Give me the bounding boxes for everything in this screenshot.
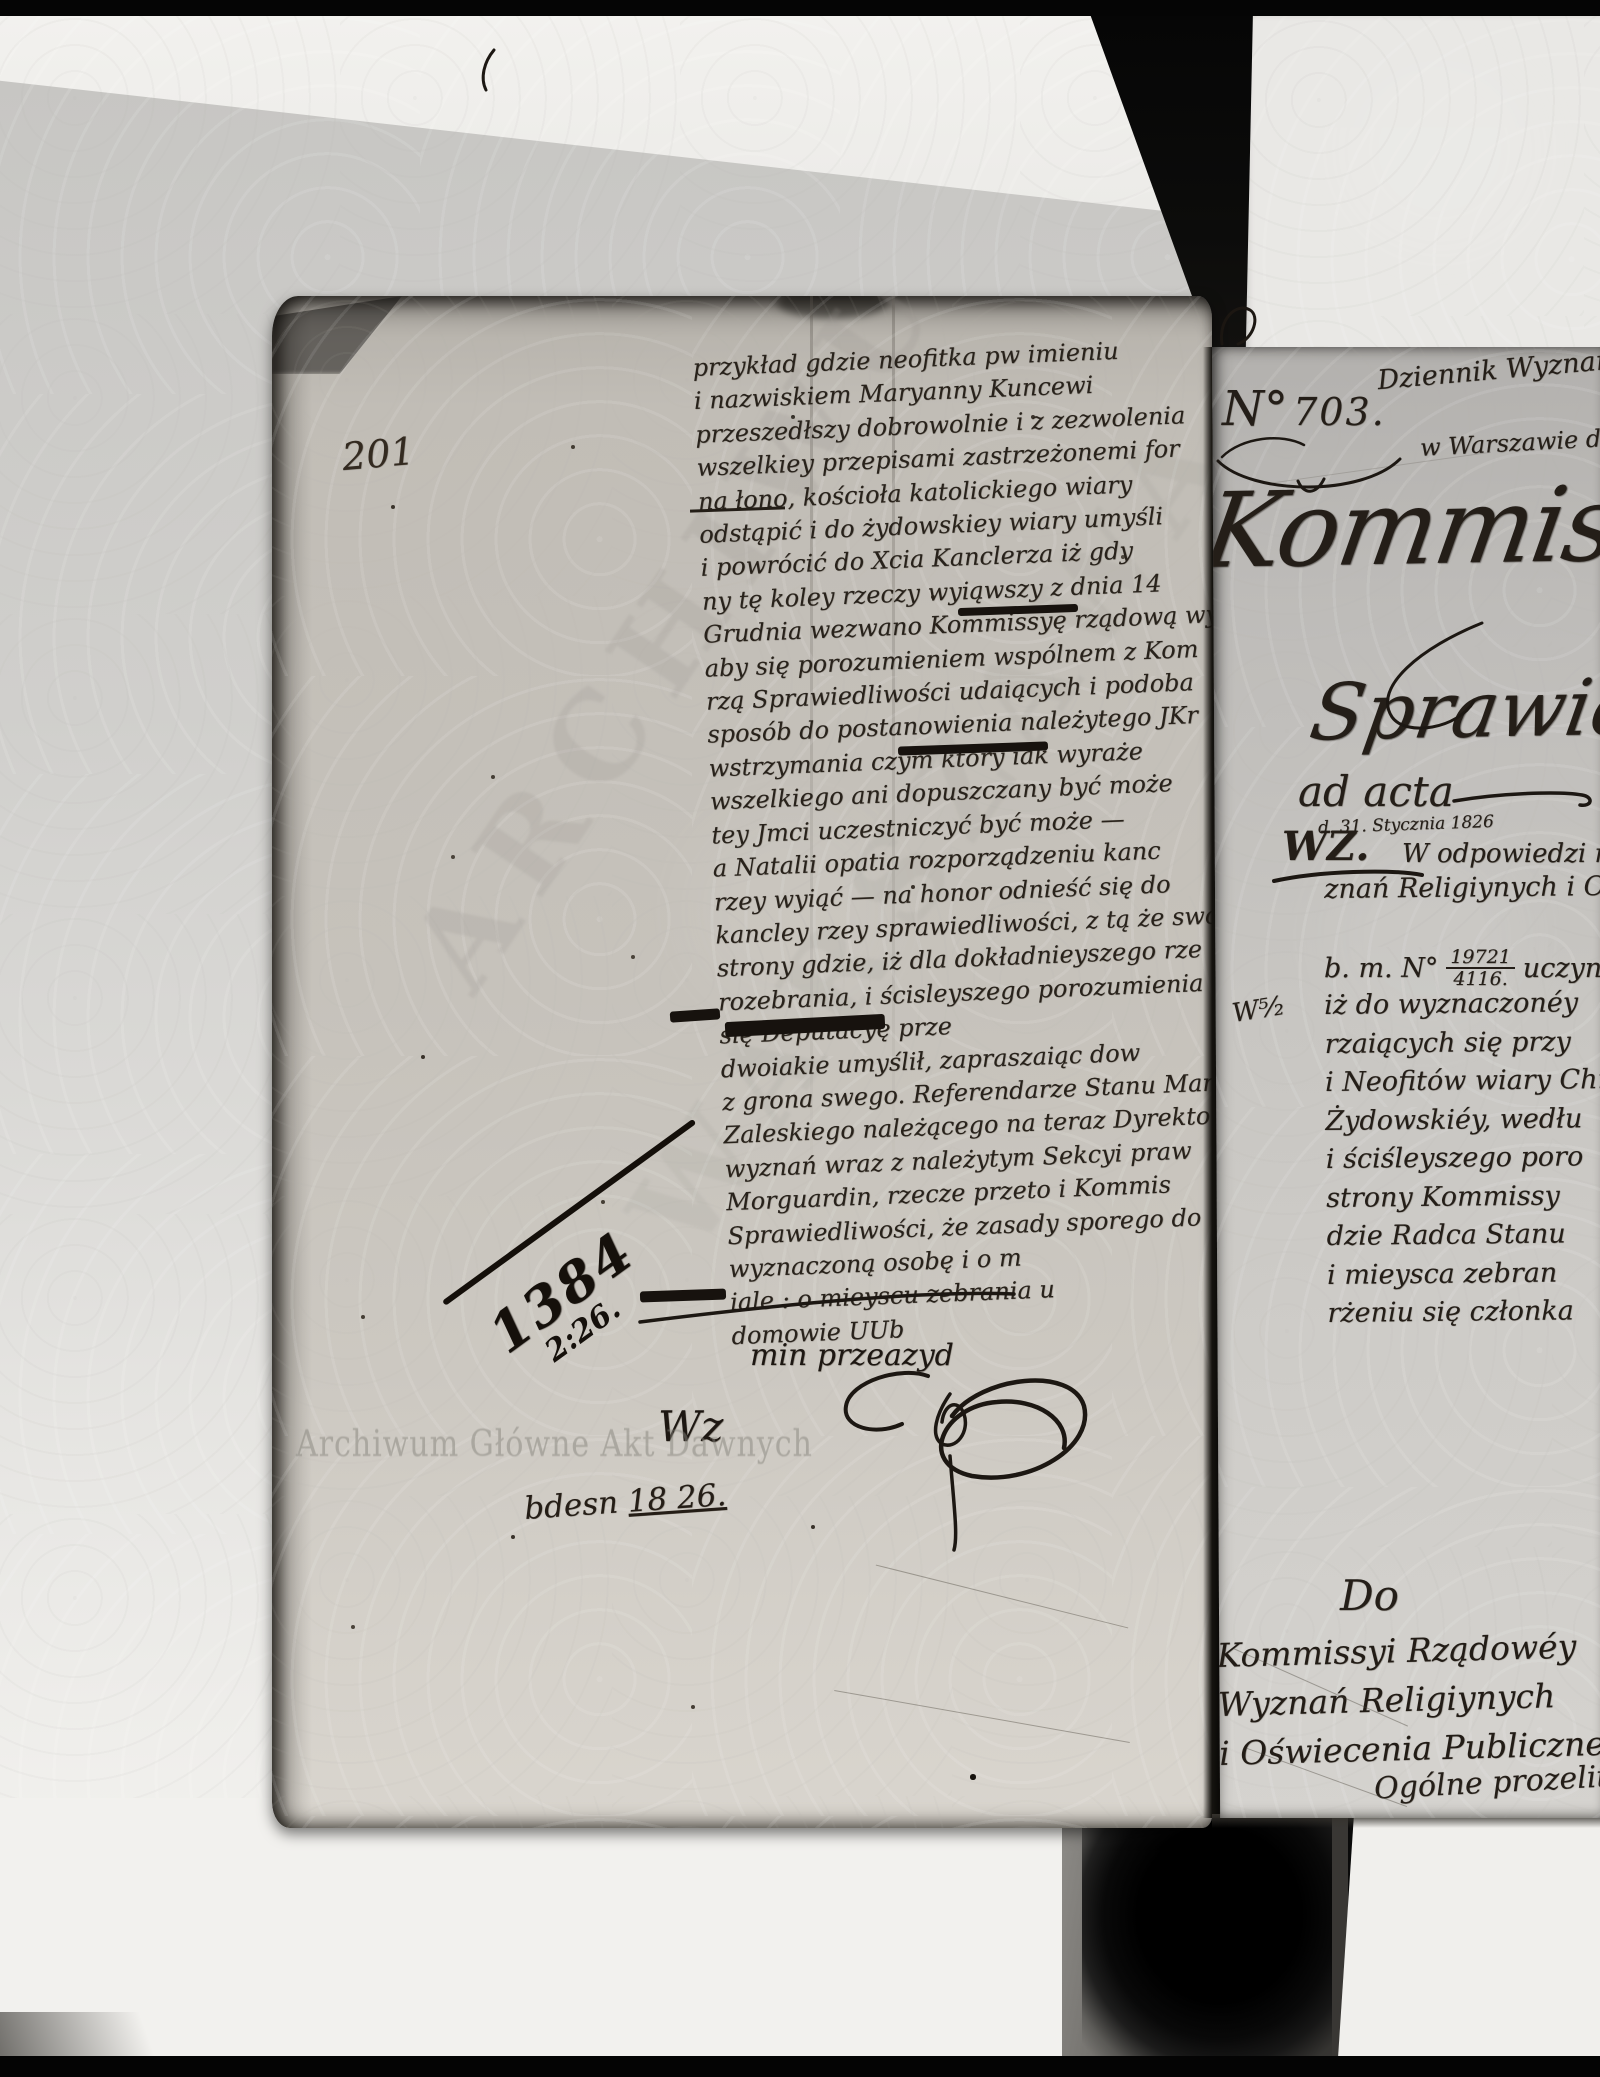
document-number: N° 703. <box>1222 381 1386 437</box>
right-manuscript-page: N° 703. Dziennik Wyznań w Warszawie d. K… <box>1212 347 1600 1818</box>
scratch-line <box>834 1690 1130 1743</box>
number-value: 703. <box>1293 390 1386 434</box>
margin-mark: W⁵⁄₂ <box>1230 991 1286 1029</box>
place-date-line: w Warszawie d. <box>1419 424 1600 462</box>
date-note: bdesn 18 26. <box>523 1477 727 1527</box>
film-scan: ARCHIWUM WARSZAWA 201 przykład gdzie neo… <box>0 0 1600 2077</box>
handwritten-text-block: przykład gdzie neofitka pw imieniui nazw… <box>692 328 1212 1353</box>
handwritten-line: rżeniu się członka <box>1327 1292 1600 1334</box>
handwritten-line: i ściśleyszego poro <box>1326 1138 1600 1180</box>
ad-acta-note: ad acta <box>1298 767 1454 816</box>
corner-shadow <box>0 2012 200 2062</box>
response-intro: W odpowiedzi na <box>1402 839 1600 869</box>
file-number-annotation: 1384 2:26. <box>477 1219 663 1390</box>
closing-word: min przeazyd <box>750 1338 954 1373</box>
fraction-numerator: 19721 <box>1446 947 1514 969</box>
paper-mottle-texture <box>1244 16 1600 350</box>
reference-post: uczyni <box>1523 953 1600 984</box>
number-prefix: N° <box>1222 381 1288 437</box>
title-flourish <box>1362 617 1502 747</box>
torn-corner <box>272 296 402 374</box>
underline-flourish <box>632 1282 1022 1328</box>
handwritten-line: znań Religiynych i O <box>1324 868 1600 909</box>
handwritten-line: Żydowskiéy, wedłu <box>1325 1099 1600 1141</box>
reference-fraction: 19721 4116. <box>1446 947 1514 989</box>
address-block: Kommissyi RządowéyWyznań Religiynychi Oś… <box>1216 1620 1600 1778</box>
handwritten-line: strony Kommissy <box>1326 1176 1600 1218</box>
blackout-mark <box>670 1008 721 1022</box>
film-edge-bottom <box>0 2056 1600 2077</box>
flourish-fragment <box>1216 300 1260 350</box>
archive-watermark-horizontal: Archiwum Główne Akt Dawnych <box>296 1424 813 1465</box>
handwritten-line: rzaiących się przy <box>1324 1022 1600 1064</box>
backing-sheet-top-right <box>1244 16 1600 350</box>
date-note-number: 18 26. <box>627 1477 728 1520</box>
scratch-line <box>876 1565 1129 1629</box>
page-number: 201 <box>340 429 416 479</box>
clerk-initials: WZ. <box>1282 823 1369 870</box>
journal-annotation: Dziennik Wyznań <box>1376 347 1600 396</box>
paper-specks <box>272 296 274 298</box>
handwritten-line: iż do wyznaczonéy <box>1324 984 1600 1026</box>
gap-shadow-bottom <box>1082 1796 1332 2062</box>
pen-mark <box>472 48 502 92</box>
title-kommissya: Kommissya <box>1212 460 1600 592</box>
left-manuscript-page: ARCHIWUM WARSZAWA 201 przykład gdzie neo… <box>272 296 1212 1828</box>
film-edge-top <box>0 0 1600 16</box>
backing-sheet-fold <box>0 14 1212 244</box>
body-text-block-b: iż do wyznaczonéyrzaiących się przyi Neo… <box>1324 984 1600 1334</box>
reference-number-line: b. m. N° 19721 4116. uczyni <box>1324 947 1600 989</box>
body-text-block-a: znań Religiynych i O <box>1324 868 1600 909</box>
date-note-word: bdesn <box>523 1485 619 1527</box>
handwritten-line: i mieysca zebran <box>1327 1253 1600 1295</box>
ad-acta-stroke <box>1450 785 1600 811</box>
address-do: Do <box>1340 1571 1399 1620</box>
handwritten-line: dzie Radca Stanu <box>1326 1215 1600 1257</box>
reference-pre: b. m. N° <box>1324 953 1438 984</box>
backing-sheet-bottom-right <box>1338 1818 1600 2058</box>
handwritten-line: i Neofitów wiary Chrz <box>1325 1061 1600 1103</box>
